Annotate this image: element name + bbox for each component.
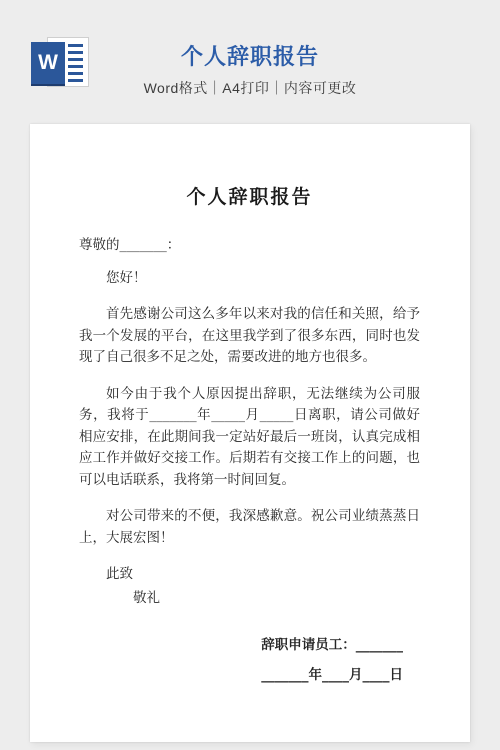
document-title: 个人辞职报告 [79,182,420,209]
screenshot-canvas: W 个人辞职报告 Word格式｜A4打印｜内容可更改 个人辞职报告 尊敬的___… [0,0,500,750]
header-text-block: 个人辞职报告 Word格式｜A4打印｜内容可更改 [0,40,500,98]
template-header: W 个人辞职报告 Word格式｜A4打印｜内容可更改 [0,0,500,124]
signature-block: 辞职申请员工：_______ _______年____月____日 [79,635,420,686]
paragraph-thanks: 首先感谢公司这么多年以来对我的信任和关照，给予我一个发展的平台，在这里我学到了很… [79,304,420,369]
salutation-line: 尊敬的_______： [79,235,420,257]
document-body: 尊敬的_______： 您好！ 首先感谢公司这么多年以来对我的信任和关照，给予我… [79,235,420,686]
document-content: 个人辞职报告 尊敬的_______： 您好！ 首先感谢公司这么多年以来对我的信任… [30,124,470,686]
signature-date-line: _______年____月____日 [79,665,403,687]
paragraph-apology: 对公司带来的不便，我深感歉意。祝公司业绩蒸蒸日上，大展宏图！ [79,506,420,549]
paragraph-resignation: 如今由于我个人原因提出辞职，无法继续为公司服务，我将于_______年_____… [79,384,420,492]
closing-jingli: 敬礼 [79,588,420,610]
document-page: 个人辞职报告 尊敬的_______： 您好！ 首先感谢公司这么多年以来对我的信任… [30,124,470,742]
template-title: 个人辞职报告 [0,40,500,71]
closing-cizhi: 此致 [79,564,420,586]
template-subtitle: Word格式｜A4打印｜内容可更改 [0,78,500,98]
paragraph-hello: 您好！ [79,268,420,290]
signature-employee-line: 辞职申请员工：_______ [79,635,403,657]
